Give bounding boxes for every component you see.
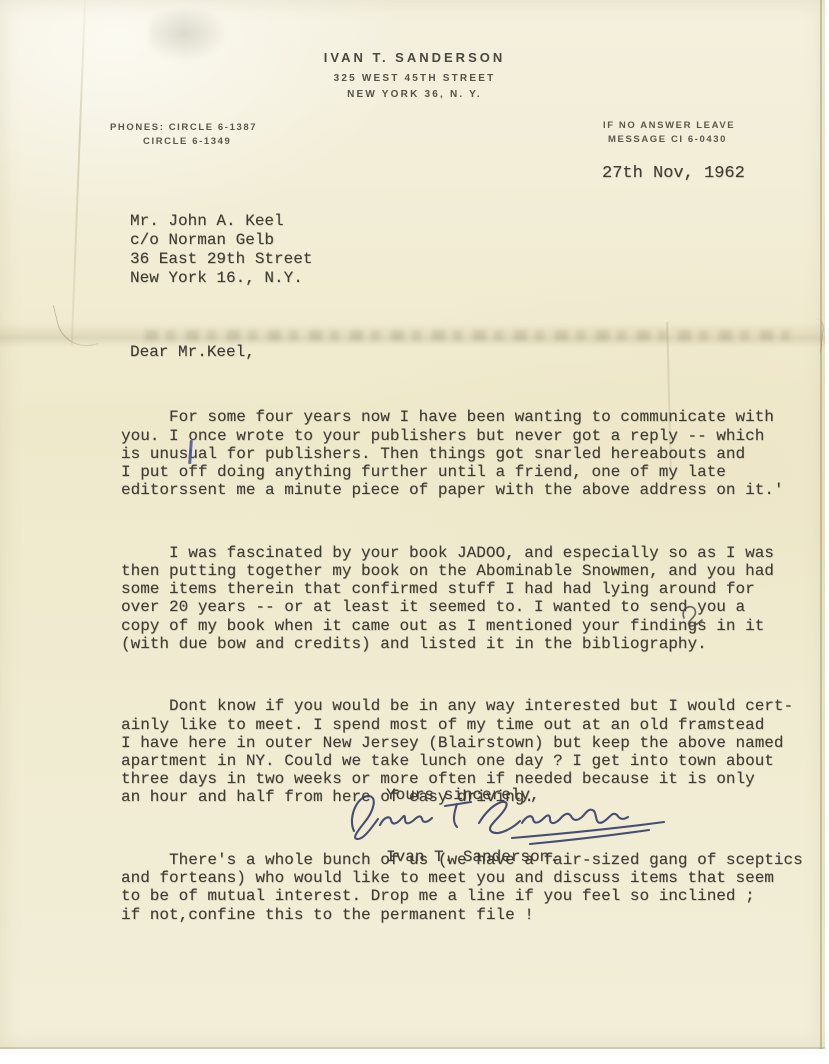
paragraph-2: I was fascinated by your book JADOO, and…	[121, 544, 803, 653]
pen-transposition-mark	[676, 602, 716, 632]
letterhead-street: 325 WEST 45TH STREET	[0, 73, 829, 84]
salutation: Dear Mr.Keel,	[130, 343, 255, 361]
letter-body: For some four years now I have been want…	[121, 372, 803, 968]
paragraph-1: For some four years now I have been want…	[121, 408, 803, 499]
letterhead-city: NEW YORK 36, N. Y.	[0, 89, 829, 100]
crease-mark	[804, 317, 824, 353]
paper-edge	[0, 1047, 825, 1049]
paper-edge	[820, 0, 822, 1049]
letterhead-phone-line2: CIRCLE 6-1349	[143, 136, 231, 147]
scanned-letter: IVAN T. SANDERSON 325 WEST 45TH STREET N…	[0, 0, 829, 1064]
letterhead-phone-line1: PHONES: CIRCLE 6-1387	[110, 122, 257, 133]
letter-date: 27th Nov, 1962	[602, 164, 745, 183]
handwritten-signature	[344, 789, 674, 847]
letterhead-answer-note-line1: IF NO ANSWER LEAVE	[603, 120, 735, 131]
ink-transfer-ghost-marks	[145, 330, 800, 341]
typed-signature-name: Ivan T. Sanderson.	[386, 848, 559, 866]
letterhead-answer-note-line2: MESSAGE CI 6-0430	[608, 134, 727, 145]
letterhead-name: IVAN T. SANDERSON	[0, 50, 829, 65]
recipient-address-block: Mr. John A. Keel c/o Norman Gelb 36 East…	[130, 212, 312, 288]
